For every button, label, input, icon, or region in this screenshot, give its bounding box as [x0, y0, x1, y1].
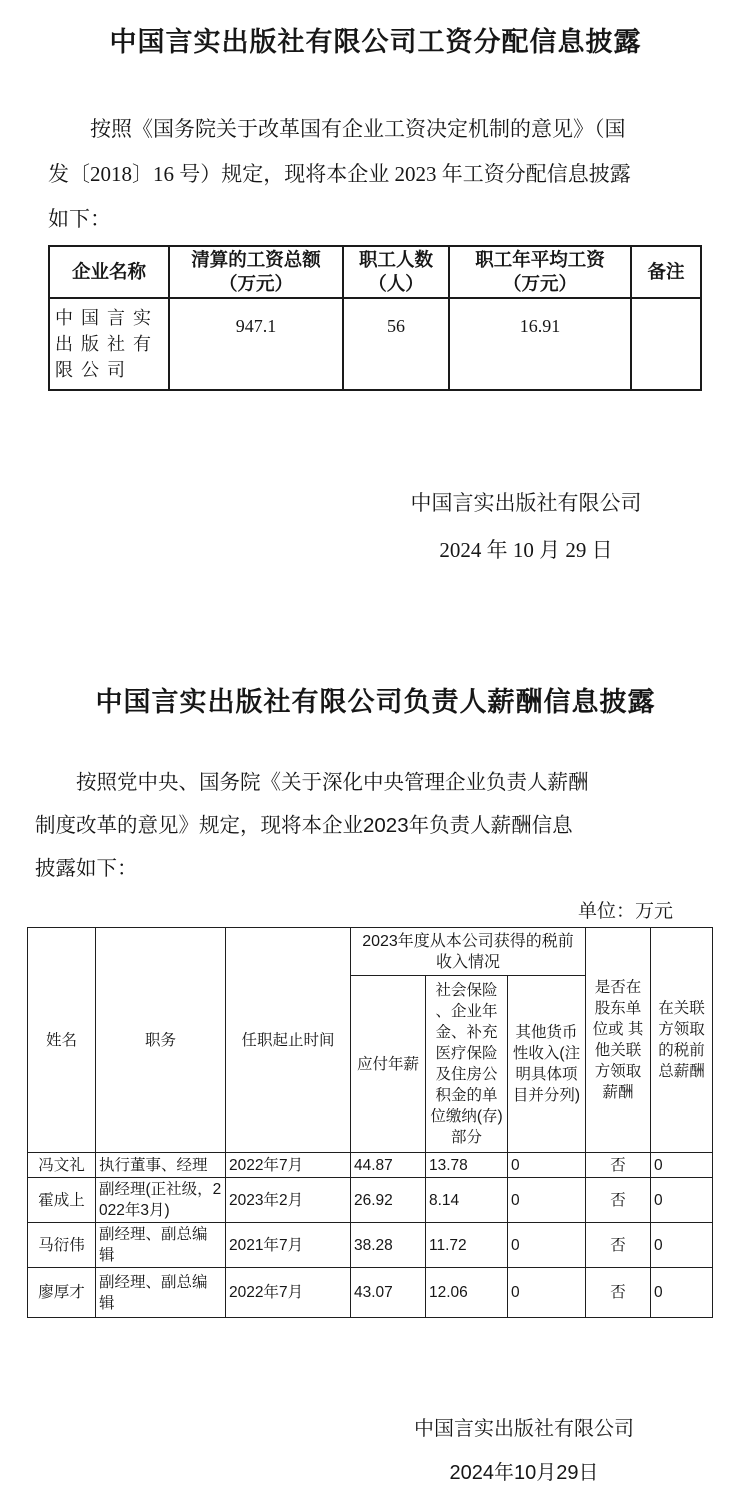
salary-table-row-1: 冯文礼 执行董事、经理 2022年7月 44.87 13.78 0 否 0 — [28, 1153, 713, 1178]
salary-header-annual-salary: 应付年薪 — [351, 976, 426, 1153]
section1-signature: 中国言实出版社有限公司 2024 年 10 月 29 日 — [395, 487, 657, 564]
related-total-cell: 0 — [651, 1223, 713, 1268]
name-cell: 冯文礼 — [28, 1153, 96, 1178]
name-cell: 霍成上 — [28, 1178, 96, 1223]
salary-header-income-group: 2023年度从本公司获得的税前 收入情况 — [351, 928, 586, 976]
section2-paragraph-line-1: 按照党中央、国务院《关于深化中央管理企业负责人薪酬 — [35, 761, 713, 804]
salary-table-row-2: 霍成上 副经理(正社级，2022年3月) 2023年2月 26.92 8.14 … — [28, 1178, 713, 1223]
term-cell: 2022年7月 — [226, 1153, 351, 1178]
other-income-cell: 0 — [508, 1153, 586, 1178]
total-wage-cell: 947.1 — [169, 298, 343, 390]
section2-signature-company: 中国言实出版社有限公司 — [393, 1412, 655, 1441]
wage-table-header-row: 企业名称 清算的工资总额 （万元） 职工人数 （人） 职工年平均工资 （万元） … — [49, 246, 701, 298]
term-cell: 2021年7月 — [226, 1223, 351, 1268]
name-cell: 马衍伟 — [28, 1223, 96, 1268]
other-income-cell: 0 — [508, 1268, 586, 1318]
section1-paragraph: 按照《国务院关于改革国有企业工资决定机制的意见》（国 发〔2018〕16 号）规… — [48, 107, 707, 242]
section1-paragraph-line-3: 如下： — [48, 197, 707, 242]
salary-cell: 26.92 — [351, 1178, 426, 1223]
position-cell: 执行董事、经理 — [96, 1153, 226, 1178]
related-party-cell: 否 — [586, 1268, 651, 1318]
salary-header-related-party: 是否在股东单位或 其他关联方领取薪酬 — [586, 928, 651, 1153]
related-total-cell: 0 — [651, 1268, 713, 1318]
unit-label: 单位：万元 — [0, 896, 673, 923]
name-cell: 廖厚才 — [28, 1268, 96, 1318]
salary-table-header-row-1: 姓名 职务 任职起止时间 2023年度从本公司获得的税前 收入情况 是否在股东单… — [28, 928, 713, 976]
salary-table-row-4: 廖厚才 副经理、副总编辑 2022年7月 43.07 12.06 0 否 0 — [28, 1268, 713, 1318]
insurance-cell: 11.72 — [426, 1223, 508, 1268]
wage-table-data-row: 中国言实出版社有限公司 947.1 56 16.91 — [49, 298, 701, 390]
salary-header-position: 职务 — [96, 928, 226, 1153]
wage-header-total: 清算的工资总额 （万元） — [169, 246, 343, 298]
related-party-cell: 否 — [586, 1223, 651, 1268]
avg-wage-cell: 16.91 — [449, 298, 631, 390]
section2-title: 中国言实出版社有限公司负责人薪酬信息披露 — [0, 680, 751, 719]
employee-count-cell: 56 — [343, 298, 449, 390]
salary-cell: 43.07 — [351, 1268, 426, 1318]
term-cell: 2022年7月 — [226, 1268, 351, 1318]
related-party-cell: 否 — [586, 1178, 651, 1223]
section1-paragraph-line-1: 按照《国务院关于改革国有企业工资决定机制的意见》（国 — [48, 107, 707, 152]
related-total-cell: 0 — [651, 1178, 713, 1223]
wage-table: 企业名称 清算的工资总额 （万元） 职工人数 （人） 职工年平均工资 （万元） … — [48, 245, 702, 391]
wage-header-company: 企业名称 — [49, 246, 169, 298]
company-name-cell: 中国言实出版社有限公司 — [49, 298, 169, 390]
document-page: 中国言实出版社有限公司工资分配信息披露 按照《国务院关于改革国有企业工资决定机制… — [0, 0, 751, 1485]
insurance-cell: 13.78 — [426, 1153, 508, 1178]
insurance-cell: 12.06 — [426, 1268, 508, 1318]
section1-signature-company: 中国言实出版社有限公司 — [395, 487, 657, 517]
related-total-cell: 0 — [651, 1153, 713, 1178]
section2-signature-date: 2024年10月29日 — [393, 1456, 655, 1485]
position-cell: 副经理、副总编辑 — [96, 1223, 226, 1268]
salary-header-term: 任职起止时间 — [226, 928, 351, 1153]
position-cell: 副经理(正社级，2022年3月) — [96, 1178, 226, 1223]
section2-paragraph-line-2: 制度改革的意见》规定，现将本企业2023年负责人薪酬信息 — [35, 804, 713, 847]
salary-table-row-3: 马衍伟 副经理、副总编辑 2021年7月 38.28 11.72 0 否 0 — [28, 1223, 713, 1268]
section1-paragraph-line-2: 发〔2018〕16 号）规定，现将本企业 2023 年工资分配信息披露 — [48, 152, 707, 197]
salary-header-insurance: 社会保险、企业年金、补充医疗保险及住房公积金的单位缴纳(存) 部分 — [426, 976, 508, 1153]
salary-table: 姓名 职务 任职起止时间 2023年度从本公司获得的税前 收入情况 是否在股东单… — [27, 927, 713, 1318]
salary-cell: 44.87 — [351, 1153, 426, 1178]
salary-header-related-total: 在关联方领取的税前总薪酬 — [651, 928, 713, 1153]
wage-header-remark: 备注 — [631, 246, 701, 298]
section2-paragraph: 按照党中央、国务院《关于深化中央管理企业负责人薪酬 制度改革的意见》规定，现将本… — [35, 761, 713, 890]
salary-header-other-income: 其他货币性收入(注明具体项目并分列) — [508, 976, 586, 1153]
wage-header-average: 职工年平均工资 （万元） — [449, 246, 631, 298]
section1-title: 中国言实出版社有限公司工资分配信息披露 — [0, 0, 751, 59]
section2-paragraph-line-3: 披露如下： — [35, 847, 713, 890]
salary-header-name: 姓名 — [28, 928, 96, 1153]
term-cell: 2023年2月 — [226, 1178, 351, 1223]
section1-signature-date: 2024 年 10 月 29 日 — [395, 534, 657, 564]
position-cell: 副经理、副总编辑 — [96, 1268, 226, 1318]
section2-signature: 中国言实出版社有限公司 2024年10月29日 — [393, 1412, 655, 1485]
other-income-cell: 0 — [508, 1178, 586, 1223]
remark-cell — [631, 298, 701, 390]
related-party-cell: 否 — [586, 1153, 651, 1178]
wage-header-count: 职工人数 （人） — [343, 246, 449, 298]
salary-cell: 38.28 — [351, 1223, 426, 1268]
insurance-cell: 8.14 — [426, 1178, 508, 1223]
other-income-cell: 0 — [508, 1223, 586, 1268]
